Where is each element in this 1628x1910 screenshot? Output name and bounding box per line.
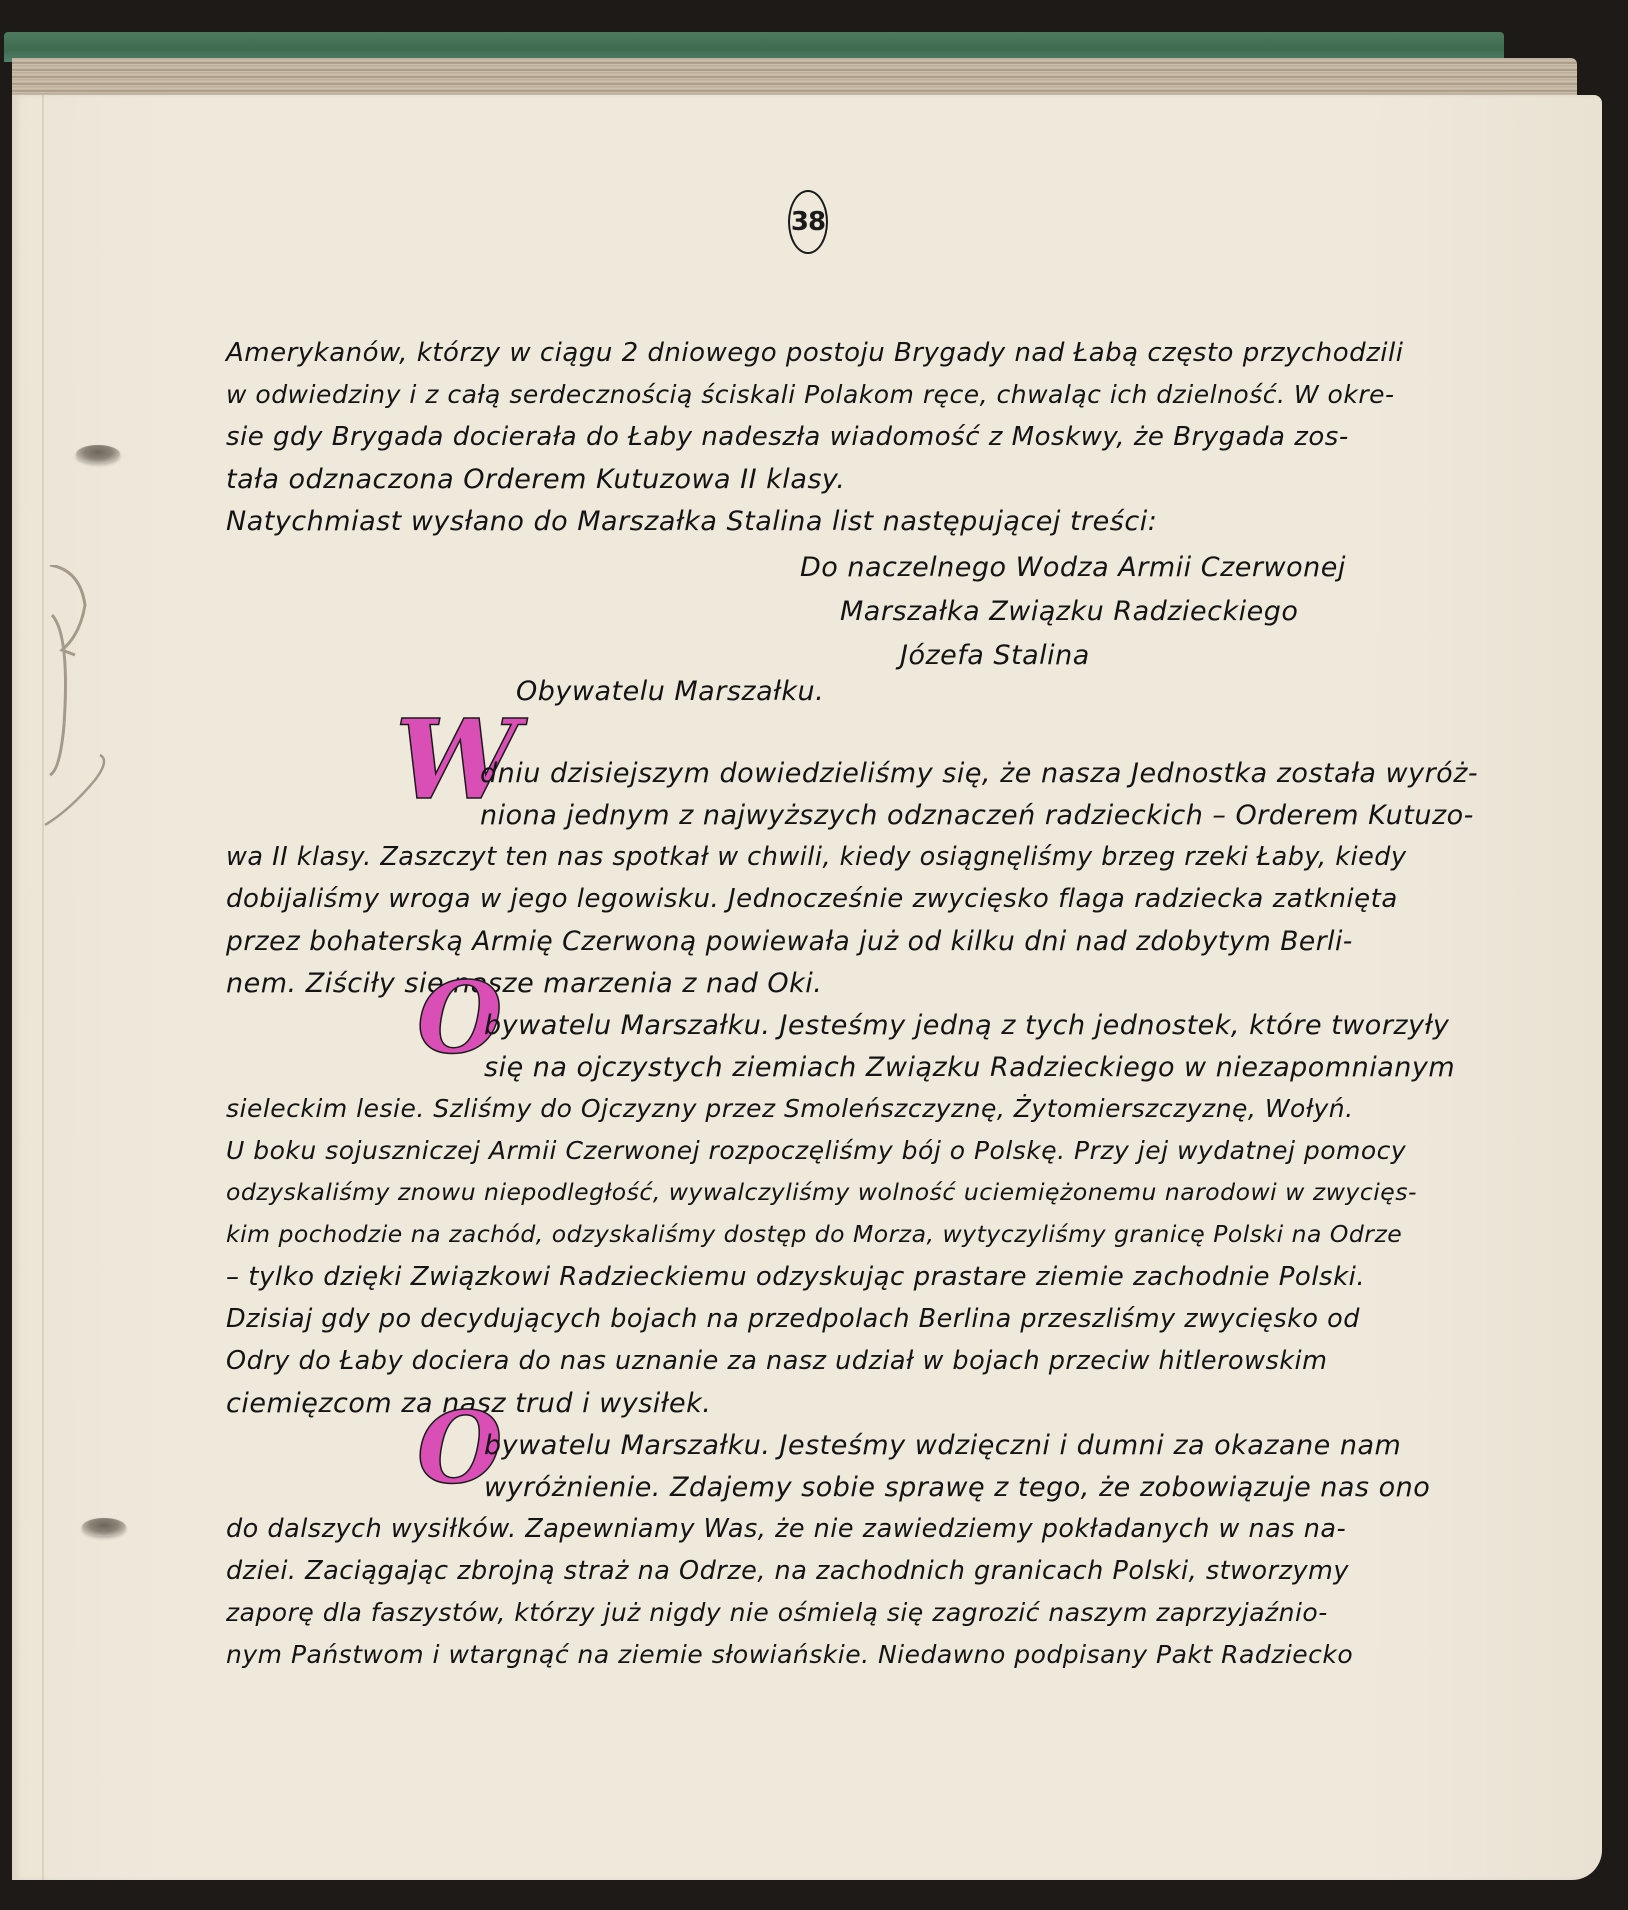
paragraph-line: dziei. Zaciągając zbrojną straż na Odrze…: [226, 1556, 1349, 1586]
paragraph-line: wa II klasy. Zaszczyt ten nas spotkał w …: [226, 842, 1407, 872]
paragraph-line: przez bohaterską Armię Czerwoną powiewał…: [226, 926, 1353, 957]
page-stack-edges: [12, 58, 1577, 100]
address-line: Do naczelnego Wodza Armii Czerwonej: [800, 552, 1346, 583]
salutation: Obywatelu Marszałku.: [516, 676, 824, 707]
paragraph-line: dniu dzisiejszym dowiedzieliśmy się, że …: [480, 758, 1478, 789]
paragraph-line: nem. Ziściły się nasze marzenia z nad Ok…: [226, 968, 822, 999]
intro-line: sie gdy Brygada docierała do Łaby nadesz…: [226, 422, 1349, 452]
paragraph-line: – tylko dzięki Związkowi Radzieckiemu od…: [226, 1262, 1365, 1292]
paragraph-line: bywatelu Marszałku. Jesteśmy wdzięczni i…: [484, 1430, 1401, 1461]
paragraph-line: do dalszych wysiłków. Zapewniamy Was, że…: [226, 1514, 1346, 1544]
paragraph-line: niona jednym z najwyższych odznaczeń rad…: [480, 800, 1474, 831]
page-number: 38: [788, 190, 828, 254]
margin-fold-line: [42, 95, 44, 1880]
intro-line: Natychmiast wysłano do Marszałka Stalina…: [226, 506, 1157, 537]
paragraph-line: nym Państwom i wtargnąć na ziemie słowia…: [226, 1640, 1353, 1669]
paragraph-line: U boku sojuszniczej Armii Czerwonej rozp…: [226, 1136, 1406, 1165]
intro-line: Amerykanów, którzy w ciągu 2 dniowego po…: [226, 338, 1403, 368]
address-line: Józefa Stalina: [900, 640, 1090, 671]
punch-hole-top: [76, 445, 120, 463]
paragraph-line: Odry do Łaby dociera do nas uznanie za n…: [226, 1346, 1327, 1376]
paragraph-line: zaporę dla faszystów, którzy już nigdy n…: [226, 1598, 1328, 1627]
pencil-mark-icon: [40, 565, 120, 845]
paragraph-line: bywatelu Marszałku. Jesteśmy jedną z tyc…: [484, 1010, 1449, 1041]
paragraph-line: wyróżnienie. Zdajemy sobie sprawę z tego…: [484, 1472, 1430, 1503]
paragraph-line: kim pochodzie na zachód, odzyskaliśmy do…: [226, 1220, 1402, 1248]
paragraph-line: odzyskaliśmy znowu niepodległość, wywalc…: [226, 1178, 1417, 1206]
paragraph-line: się na ojczystych ziemiach Związku Radzi…: [484, 1052, 1455, 1083]
punch-hole-bottom: [82, 1518, 126, 1536]
intro-line: tała odznaczona Orderem Kutuzowa II klas…: [226, 464, 845, 495]
paragraph-line: Dzisiaj gdy po decydujących bojach na pr…: [226, 1304, 1360, 1334]
intro-line: w odwiedziny i z całą serdecznością ścis…: [226, 380, 1395, 409]
paragraph-line: dobijaliśmy wroga w jego legowisku. Jedn…: [226, 884, 1398, 914]
address-line: Marszałka Związku Radzieckiego: [840, 596, 1298, 627]
paragraph-line: sieleckim lesie. Szliśmy do Ojczyzny prz…: [226, 1094, 1354, 1123]
